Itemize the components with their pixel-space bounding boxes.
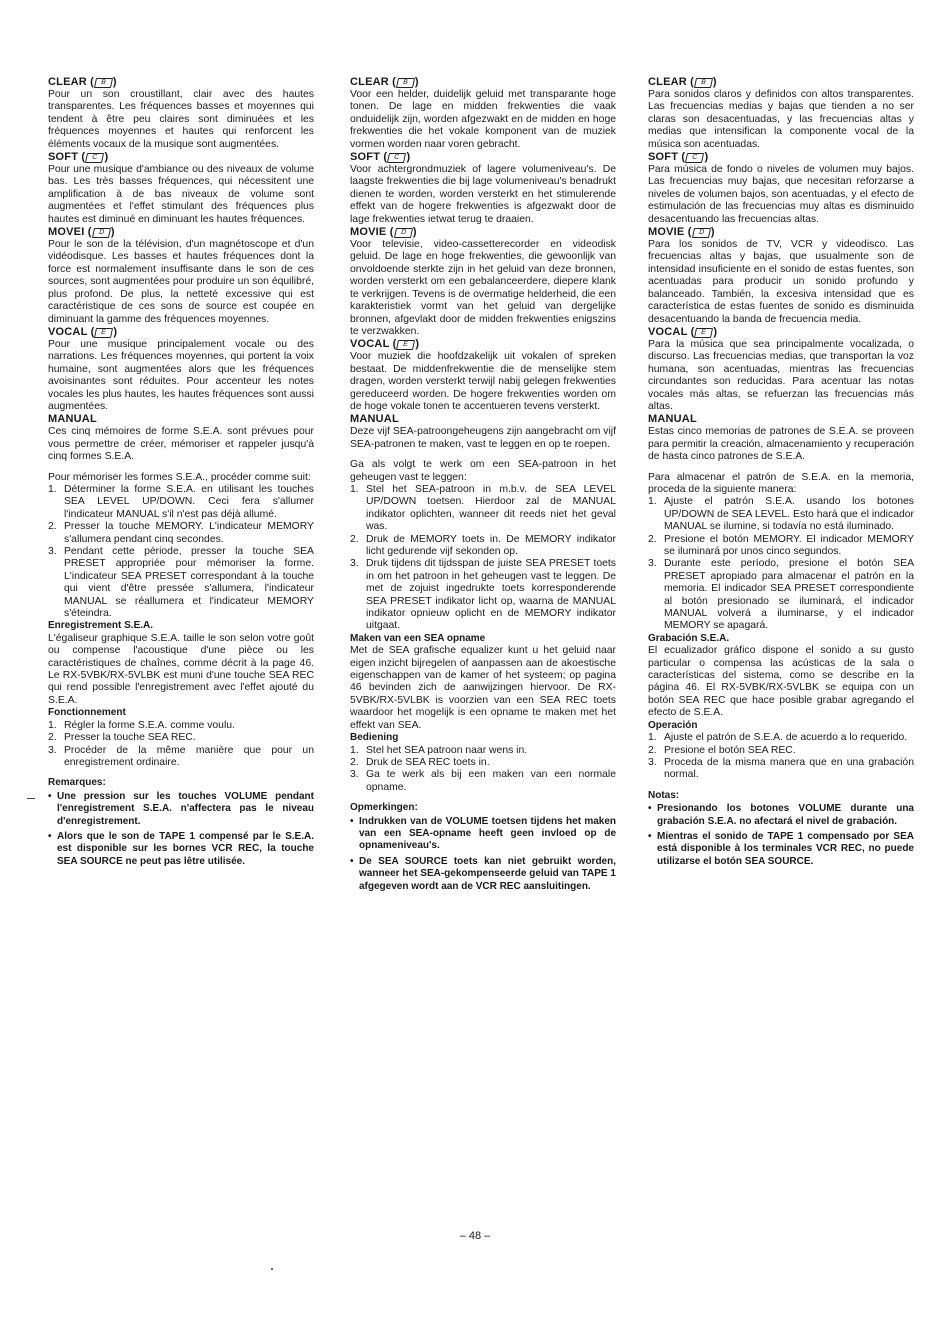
step-item: 1.Régler la forme S.E.A. comme voulu. (48, 720, 314, 732)
step-number: 1. (350, 745, 359, 757)
note-text: De SEA SOURCE toets kan niet gebruikt wo… (359, 856, 616, 892)
step-item: 1.Déterminer la forme S.E.A. en utilisan… (48, 484, 314, 521)
heading-clear: CLEAR (B) (48, 76, 314, 89)
heading-manual: MANUAL (48, 413, 314, 426)
note-text: Indrukken van de VOLUME toetsen tijdens … (359, 816, 616, 852)
preset-key-icon: D (92, 228, 111, 238)
text-clear: Voor een helder, duidelijk geluid met tr… (350, 89, 616, 151)
heading-movie: MOVIE (D) (350, 226, 616, 239)
heading-recording: Grabación S.E.A. (648, 633, 914, 645)
heading-soft: SOFT (C) (48, 151, 314, 164)
notes-list: •Presionando los botones VOLUME durante … (648, 803, 914, 868)
step-number: 3. (48, 546, 57, 558)
section-notes: Remarques: •Une pression sur les touches… (48, 777, 314, 868)
heading-clear: CLEAR (B) (350, 76, 616, 89)
step-item: 2.Druk de SEA REC toets in. (350, 757, 616, 769)
step-item: 3.Durante este período, presione el botó… (648, 558, 914, 632)
step-number: 3. (350, 769, 359, 781)
step-item: 2.Druk de MEMORY toets in. De MEMORY ind… (350, 534, 616, 559)
section-clear: CLEAR (B) Para sonidos claros y definido… (648, 76, 914, 151)
text-recording: L'égaliseur graphique S.E.A. taille le s… (48, 633, 314, 707)
step-text: Déterminer la forme S.E.A. en utilisant … (64, 484, 314, 520)
heading-vocal: VOCAL (E) (350, 338, 616, 351)
text-vocal: Pour une musique principalement vocale o… (48, 339, 314, 413)
section-recording: Enregistrement S.E.A. L'égaliseur graphi… (48, 620, 314, 769)
step-text: Presser la touche SEA REC. (64, 732, 196, 743)
heading-soft: SOFT (C) (350, 151, 616, 164)
preset-key-icon: C (387, 153, 406, 163)
note-item: •Indrukken van de VOLUME toetsen tijdens… (350, 816, 616, 853)
step-text: Presser la touche MEMORY. L'indicateur M… (64, 521, 314, 544)
text-manual: Ces cinq mémoires de forme S.E.A. sont p… (48, 426, 314, 463)
recording-steps: 1.Ajuste el patrón de S.E.A. de acuerdo … (648, 732, 914, 782)
note-item: •De SEA SOURCE toets kan niet gebruikt w… (350, 856, 616, 893)
step-item: 1.Ajuste el patrón de S.E.A. de acuerdo … (648, 732, 914, 744)
preset-key-icon: E (396, 340, 415, 350)
section-vocal: VOCAL (E) Para la música que sea princip… (648, 326, 914, 413)
step-number: 1. (648, 732, 657, 744)
section-manual: MANUAL Estas cinco memorias de patrones … (648, 413, 914, 633)
step-item: 1.Stel het SEA patroon naar wens in. (350, 745, 616, 757)
heading-movie: MOVIE (D) (648, 226, 914, 239)
preset-key-icon: E (694, 328, 713, 338)
preset-key-icon: B (396, 78, 415, 88)
text-clear: Pour un son croustillant, clair avec des… (48, 89, 314, 151)
step-number: 2. (48, 521, 57, 533)
bullet-icon: • (48, 831, 52, 843)
recording-steps: 1.Stel het SEA patroon naar wens in.2.Dr… (350, 745, 616, 795)
step-item: 1.Ajuste el patrón S.E.A. usando los bot… (648, 496, 914, 533)
section-movie: MOVIE (D) Para los sonidos de TV, VCR y … (648, 226, 914, 326)
section-notes: Notas: •Presionando los botones VOLUME d… (648, 790, 914, 868)
heading-operation: Operación (648, 720, 914, 732)
step-number: 1. (648, 496, 657, 508)
step-text: Pendant cette période, presser la touche… (64, 546, 314, 619)
section-vocal: VOCAL (E) Pour une musique principalemen… (48, 326, 314, 413)
text-movie: Pour le son de la télévision, d'un magné… (48, 239, 314, 326)
column-french: CLEAR (B) Pour un son croustillant, clai… (48, 76, 314, 871)
heading-soft: SOFT (C) (648, 151, 914, 164)
step-item: 1.Stel het SEA-patroon in m.b.v. de SEA … (350, 484, 616, 534)
step-item: 2.Presione el botón SEA REC. (648, 745, 914, 757)
text-manual: Estas cinco memorias de patrones de S.E.… (648, 426, 914, 463)
note-text: Presionando los botones VOLUME durante u… (657, 803, 914, 826)
text-clear: Para sonidos claros y definidos con alto… (648, 89, 914, 151)
heading-operation: Bediening (350, 732, 616, 744)
step-text: Durante este período, presione el botón … (664, 558, 914, 631)
text-manual-intro: Para almacenar el patrón de S.E.A. en la… (648, 472, 914, 497)
note-item: •Mientras el sonido de TAPE 1 compensado… (648, 831, 914, 868)
note-text: Une pression sur les touches VOLUME pend… (57, 791, 314, 827)
text-soft: Voor achtergrondmuziek of lagere volumen… (350, 164, 616, 226)
step-text: Ajuste el patrón de S.E.A. de acuerdo a … (664, 732, 907, 743)
notes-list: •Une pression sur les touches VOLUME pen… (48, 791, 314, 868)
preset-key-icon: C (685, 153, 704, 163)
step-text: Druk de SEA REC toets in. (366, 757, 490, 768)
step-text: Ga te werk als bij een maken van een nor… (366, 769, 616, 792)
preset-key-icon: D (394, 228, 413, 238)
step-number: 2. (350, 534, 359, 546)
manual-steps: 1.Ajuste el patrón S.E.A. usando los bot… (648, 496, 914, 632)
section-manual: MANUAL Ces cinq mémoires de forme S.E.A.… (48, 413, 314, 620)
column-spanish: CLEAR (B) Para sonidos claros y definido… (648, 76, 914, 871)
text-manual: Deze vijf SEA-patroongeheugens zijn aang… (350, 426, 616, 451)
section-clear: CLEAR (B) Pour un son croustillant, clai… (48, 76, 314, 151)
section-recording: Grabación S.E.A. El ecualizador gráfico … (648, 633, 914, 782)
section-movie: MOVEI (D) Pour le son de la télévision, … (48, 226, 314, 326)
text-vocal: Voor muziek die hoofdzakelijk uit vokale… (350, 351, 616, 413)
note-item: •Presionando los botones VOLUME durante … (648, 803, 914, 828)
step-text: Stel het SEA patroon naar wens in. (366, 745, 527, 756)
preset-key-icon: C (85, 153, 104, 163)
heading-manual: MANUAL (648, 413, 914, 426)
step-number: 1. (48, 720, 57, 732)
text-soft: Para música de fondo o niveles de volume… (648, 164, 914, 226)
preset-key-icon: D (692, 228, 711, 238)
step-number: 2. (350, 757, 359, 769)
step-item: 2.Presser la touche SEA REC. (48, 732, 314, 744)
step-number: 3. (648, 757, 657, 769)
step-text: Druk tijdens dit tijdsspan de juiste SEA… (366, 558, 616, 631)
section-notes: Opmerkingen: •Indrukken van de VOLUME to… (350, 802, 616, 893)
step-item: 3.Pendant cette période, presser la touc… (48, 546, 314, 620)
section-soft: SOFT (C) Voor achtergrondmuziek of lager… (350, 151, 616, 226)
step-number: 3. (350, 558, 359, 570)
section-recording: Maken van een SEA opname Met de SEA graf… (350, 633, 616, 794)
step-item: 2.Presser la touche MEMORY. L'indicateur… (48, 521, 314, 546)
step-number: 1. (350, 484, 359, 496)
preset-key-icon: B (94, 78, 113, 88)
step-number: 2. (648, 534, 657, 546)
note-item: •Une pression sur les touches VOLUME pen… (48, 791, 314, 828)
heading-manual: MANUAL (350, 413, 616, 426)
step-item: 3.Procéder de la même manière que pour u… (48, 745, 314, 770)
text-soft: Pour une musique d'ambiance ou des nivea… (48, 164, 314, 226)
step-number: 2. (48, 732, 57, 744)
step-text: Druk de MEMORY toets in. De MEMORY indik… (366, 534, 616, 557)
note-item: •Alors que le son de TAPE 1 compensé par… (48, 831, 314, 868)
margin-mark (27, 798, 35, 799)
step-item: 3.Ga te werk als bij een maken van een n… (350, 769, 616, 794)
bullet-icon: • (648, 831, 652, 843)
step-number: 3. (648, 558, 657, 570)
text-movie: Para los sonidos de TV, VCR y videodisco… (648, 239, 914, 326)
step-number: 3. (48, 745, 57, 757)
heading-vocal: VOCAL (E) (48, 326, 314, 339)
step-text: Procéder de la même manière que pour un … (64, 745, 314, 768)
recording-steps: 1.Régler la forme S.E.A. comme voulu.2.P… (48, 720, 314, 770)
heading-clear: CLEAR (B) (648, 76, 914, 89)
manual-steps: 1.Stel het SEA-patroon in m.b.v. de SEA … (350, 484, 616, 633)
heading-recording: Maken van een SEA opname (350, 633, 616, 645)
section-soft: SOFT (C) Pour une musique d'ambiance ou … (48, 151, 314, 226)
section-vocal: VOCAL (E) Voor muziek die hoofdzakelijk … (350, 338, 616, 413)
heading-notes: Remarques: (48, 777, 314, 789)
preset-key-icon: B (694, 78, 713, 88)
heading-vocal: VOCAL (E) (648, 326, 914, 339)
section-soft: SOFT (C) Para música de fondo o niveles … (648, 151, 914, 226)
text-movie: Voor televisie, video-cassetterecorder e… (350, 239, 616, 338)
step-text: Stel het SEA-patroon in m.b.v. de SEA LE… (366, 484, 616, 532)
heading-notes: Opmerkingen: (350, 802, 616, 814)
scan-dot (271, 1268, 273, 1270)
note-text: Mientras el sonido de TAPE 1 compensado … (657, 831, 914, 867)
preset-key-icon: E (94, 328, 113, 338)
step-item: 3.Proceda de la misma manera que en una … (648, 757, 914, 782)
page-number: – 48 – (0, 1230, 950, 1242)
text-recording: Met de SEA grafische equalizer kunt u he… (350, 645, 616, 732)
section-clear: CLEAR (B) Voor een helder, duidelijk gel… (350, 76, 616, 151)
heading-recording: Enregistrement S.E.A. (48, 620, 314, 632)
step-text: Proceda de la misma manera que en una gr… (664, 757, 914, 780)
notes-list: •Indrukken van de VOLUME toetsen tijdens… (350, 816, 616, 893)
step-text: Régler la forme S.E.A. comme voulu. (64, 720, 235, 731)
step-number: 2. (648, 745, 657, 757)
bullet-icon: • (48, 791, 52, 803)
section-manual: MANUAL Deze vijf SEA-patroongeheugens zi… (350, 413, 616, 633)
step-text: Presione el botón SEA REC. (664, 745, 796, 756)
bullet-icon: • (350, 816, 354, 828)
step-text: Ajuste el patrón S.E.A. usando los boton… (664, 496, 914, 532)
heading-movie: MOVEI (D) (48, 226, 314, 239)
step-item: 2.Presione el botón MEMORY. El indicador… (648, 534, 914, 559)
step-number: 1. (48, 484, 57, 496)
heading-operation: Fonctionnement (48, 707, 314, 719)
text-manual-intro: Pour mémoriser les formes S.E.A., procéd… (48, 472, 314, 484)
heading-notes: Notas: (648, 790, 914, 802)
text-vocal: Para la música que sea principalmente vo… (648, 339, 914, 413)
text-manual-intro: Ga als volgt te werk om een SEA-patroon … (350, 459, 616, 484)
step-text: Presione el botón MEMORY. El indicador M… (664, 534, 914, 557)
bullet-icon: • (350, 856, 354, 868)
note-text: Alors que le son de TAPE 1 compensé par … (57, 831, 314, 867)
bullet-icon: • (648, 803, 652, 815)
text-recording: El ecualizador gráfico dispone el sonido… (648, 645, 914, 719)
manual-steps: 1.Déterminer la forme S.E.A. en utilisan… (48, 484, 314, 620)
step-item: 3.Druk tijdens dit tijdsspan de juiste S… (350, 558, 616, 632)
column-dutch: CLEAR (B) Voor een helder, duidelijk gel… (350, 76, 616, 896)
section-movie: MOVIE (D) Voor televisie, video-cassette… (350, 226, 616, 338)
